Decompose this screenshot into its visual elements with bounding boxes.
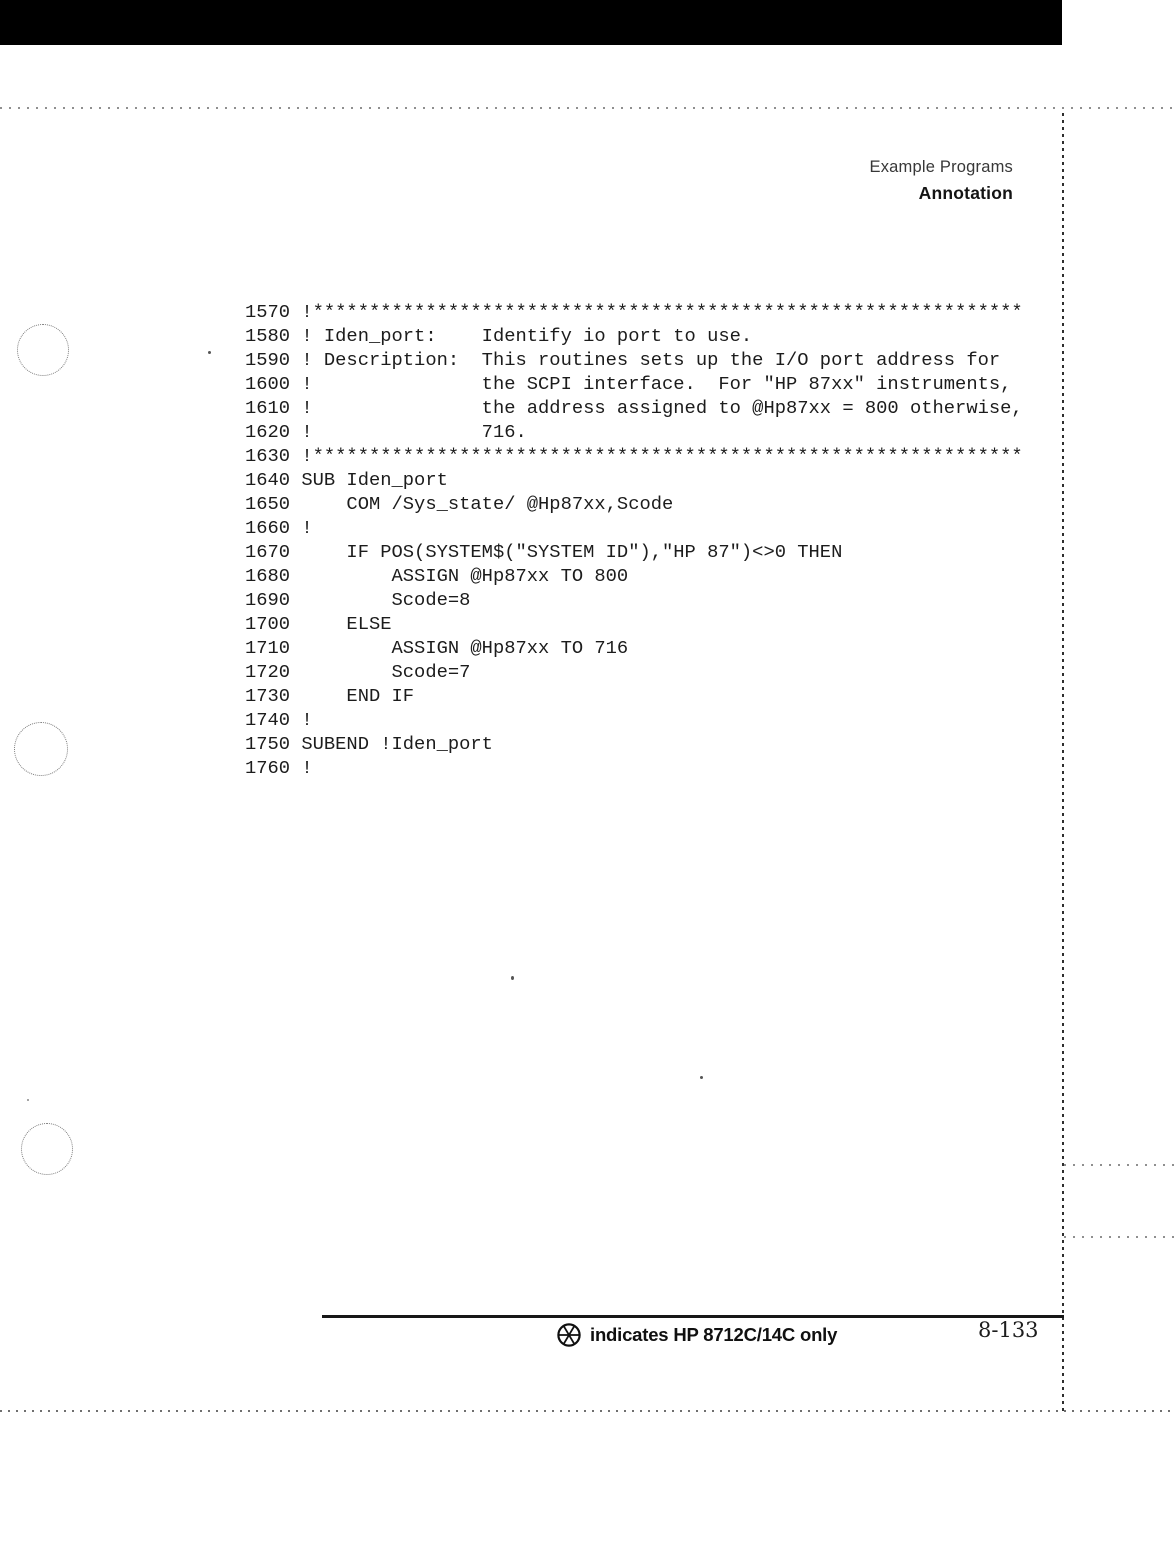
code-line: 1620 ! 716. <box>245 420 1023 444</box>
code-line: 1730 END IF <box>245 684 1023 708</box>
page-edge-right-dotted-line <box>1062 113 1064 1412</box>
circled-asterisk-icon <box>556 1322 582 1348</box>
page-edge-side-dash-upper <box>1064 1164 1176 1166</box>
page-header: Example Programs Annotation <box>870 158 1014 204</box>
code-line: 1700 ELSE <box>245 612 1023 636</box>
scanned-manual-page: Example Programs Annotation 1570 !******… <box>0 0 1176 1544</box>
code-line: 1640 SUB Iden_port <box>245 468 1023 492</box>
code-line: 1570 !**********************************… <box>245 300 1023 324</box>
code-line: 1590 ! Description: This routines sets u… <box>245 348 1023 372</box>
code-line: 1750 SUBEND !Iden_port <box>245 732 1023 756</box>
page-edge-bottom-dotted-line <box>0 1410 1176 1412</box>
code-line: 1650 COM /Sys_state/ @Hp87xx,Scode <box>245 492 1023 516</box>
code-line: 1690 Scode=8 <box>245 588 1023 612</box>
code-line: 1660 ! <box>245 516 1023 540</box>
scan-speck <box>511 976 514 980</box>
punch-hole-top <box>17 324 69 376</box>
page-edge-side-dash-lower <box>1064 1236 1176 1238</box>
code-line: 1710 ASSIGN @Hp87xx TO 716 <box>245 636 1023 660</box>
code-listing: 1570 !**********************************… <box>245 300 1023 780</box>
punch-hole-bottom <box>21 1123 73 1175</box>
header-section-title: Annotation <box>870 183 1014 204</box>
code-line: 1630 !**********************************… <box>245 444 1023 468</box>
scan-speck <box>208 351 211 354</box>
header-chapter-label: Example Programs <box>870 158 1014 177</box>
page-edge-top-dotted-line <box>0 107 1176 109</box>
footer-rule <box>322 1315 1064 1318</box>
scan-artifact-top-bar <box>0 0 1062 45</box>
scan-speck <box>700 1076 703 1079</box>
code-line: 1740 ! <box>245 708 1023 732</box>
code-line: 1580 ! Iden_port: Identify io port to us… <box>245 324 1023 348</box>
footnote-text: indicates HP 8712C/14C only <box>590 1324 837 1346</box>
page-number: 8-133 <box>978 1318 1039 1342</box>
code-line: 1670 IF POS(SYSTEM$("SYSTEM ID"),"HP 87"… <box>245 540 1023 564</box>
footnote: indicates HP 8712C/14C only <box>556 1322 837 1348</box>
code-line: 1600 ! the SCPI interface. For "HP 87xx"… <box>245 372 1023 396</box>
scan-speck <box>27 1099 29 1101</box>
code-line: 1760 ! <box>245 756 1023 780</box>
punch-hole-middle <box>14 722 68 776</box>
code-line: 1680 ASSIGN @Hp87xx TO 800 <box>245 564 1023 588</box>
code-line: 1610 ! the address assigned to @Hp87xx =… <box>245 396 1023 420</box>
code-line: 1720 Scode=7 <box>245 660 1023 684</box>
